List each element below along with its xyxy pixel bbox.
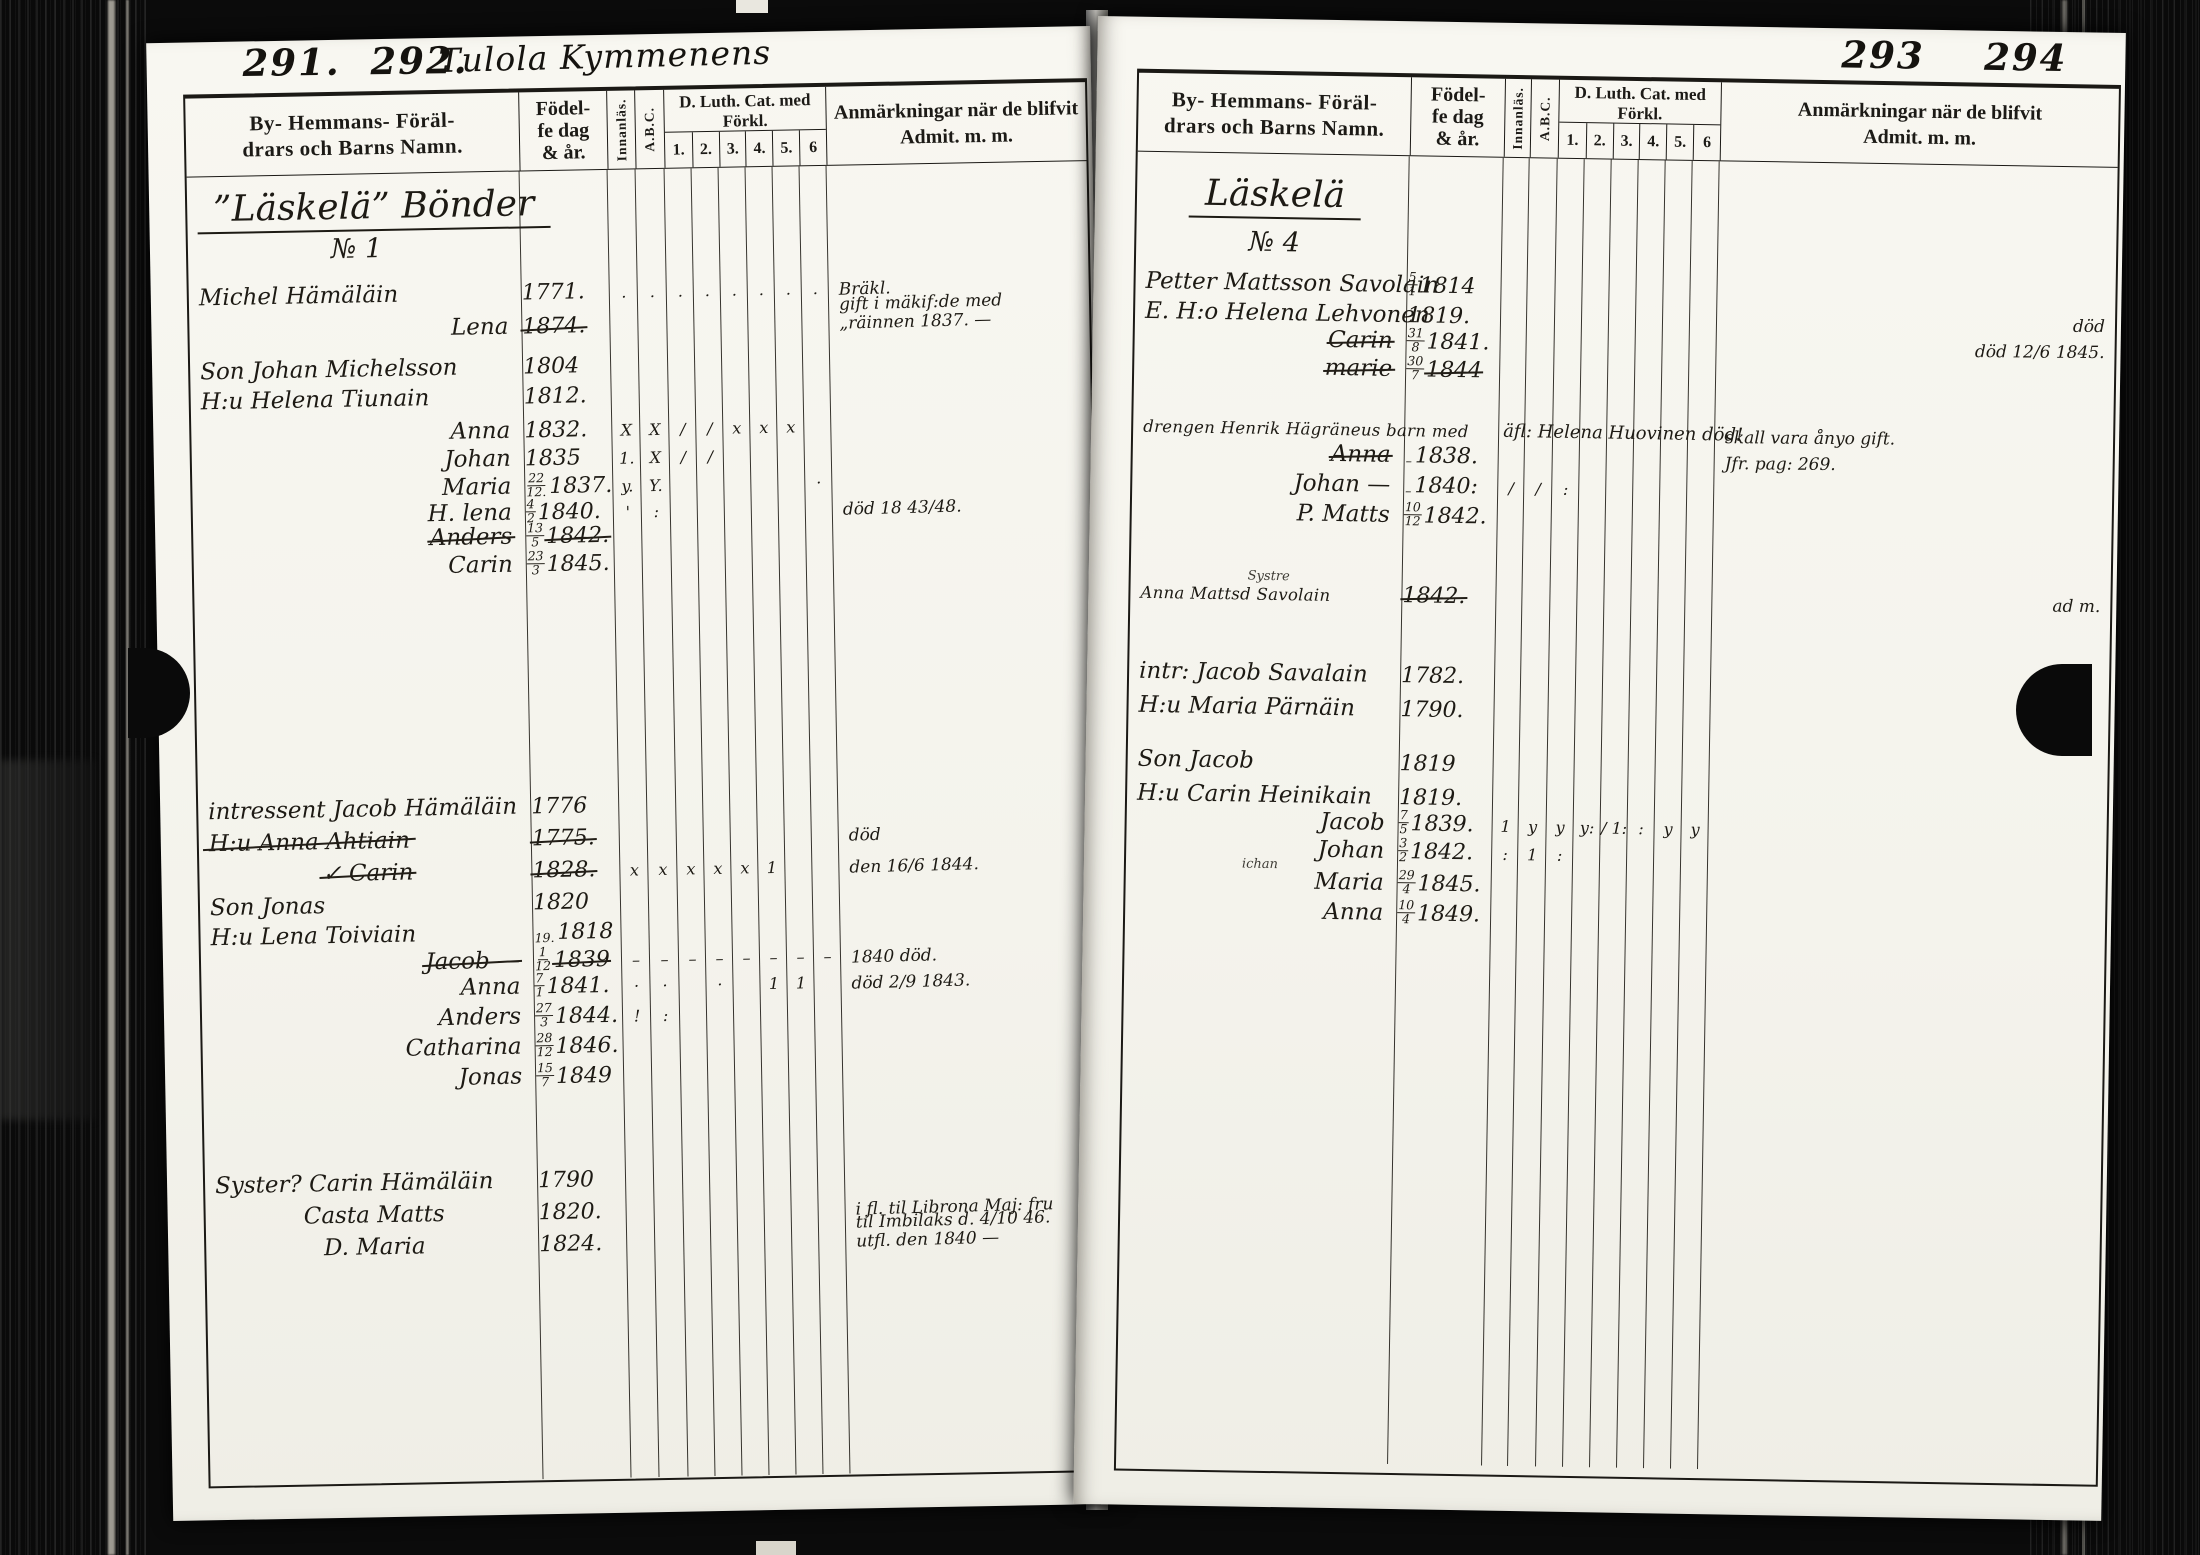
catechism-mark-cell	[1581, 383, 1608, 385]
catechism-col-1: 1.	[665, 132, 692, 167]
catechism-mark-cell: /	[697, 449, 724, 468]
catechism-mark-cell	[699, 572, 726, 574]
catechism-col-6: 6	[1693, 125, 1720, 160]
birthdate-cell: –1840:	[1404, 474, 1498, 500]
name-cell: Carin	[194, 552, 527, 583]
catechism-mark-cell: –	[814, 949, 841, 968]
catechism-mark-cell	[789, 1082, 816, 1084]
catechism-mark-cell	[1664, 262, 1691, 264]
catechism-mark-cell: x	[731, 860, 758, 879]
catechism-mark-cell	[726, 571, 753, 573]
birthdate-cell: 321842.	[1398, 837, 1492, 866]
name-cell: № 4	[1136, 226, 1408, 260]
birthdate-cell: 511814	[1407, 271, 1501, 300]
abc-mark-cell	[1528, 260, 1556, 262]
center-tab-top	[736, 0, 768, 13]
innanlas-mark-cell: .	[610, 285, 638, 304]
catechism-mark-cell	[1629, 724, 1656, 726]
catechism-mark-cell	[1656, 724, 1683, 726]
abc-mark-cell	[1526, 382, 1554, 384]
cross-column-note: äfl: Helena Huovinen död!	[1503, 423, 1743, 446]
birthdate-cell	[521, 259, 609, 262]
innanlas-mark-cell	[609, 257, 637, 260]
catechism-mark-cell: y:	[1573, 820, 1600, 839]
catechism-mark-cell: ·	[805, 475, 832, 494]
header-names-column: By- Hemmans- Föräl- drars och Barns Namn…	[1138, 73, 1411, 155]
innanlas-mark-cell: /	[1498, 481, 1524, 500]
birthdate-cell: 1820.	[538, 1200, 626, 1226]
header-innanlas-column: Innanläs.	[1504, 79, 1531, 157]
catechism-mark-cell: ·	[706, 977, 733, 996]
catechism-mark-cell: .	[802, 281, 829, 300]
center-tab-bottom	[756, 1541, 796, 1555]
innanlas-mark-cell	[627, 1253, 655, 1256]
catechism-mark-cell	[1606, 529, 1633, 531]
birthdate-cell	[1408, 259, 1502, 262]
catechism-mark-cell	[708, 1084, 735, 1086]
scan-smudge	[0, 760, 95, 1120]
table-body-right: Läskelä№ 4Petter Mattsson Savolain511814…	[1116, 152, 2118, 1476]
birthdate-cell: 1819.	[1399, 786, 1493, 812]
catechism-mark-cell	[672, 572, 699, 574]
innanlas-mark-cell: !	[623, 1008, 651, 1027]
birthdate-cell: 2941845.	[1397, 869, 1491, 898]
catechism-mark-cell: .	[694, 283, 721, 302]
catechism-mark-cell	[1685, 611, 1712, 613]
catechism-mark-cell	[1556, 261, 1583, 263]
catechism-mark-cell	[803, 332, 830, 334]
abc-mark-cell: :	[642, 504, 671, 523]
catechism-mark-cell: .	[721, 283, 748, 302]
birthdate-cell: 1842.	[1402, 584, 1496, 610]
catechism-mark-cell: y	[1546, 820, 1573, 839]
remarks-cell	[1714, 533, 2112, 540]
catechism-mark-cell	[1637, 262, 1664, 264]
catechism-mark-cell	[792, 1250, 819, 1252]
abc-mark-cell	[639, 335, 668, 338]
catechism-mark-cell	[1599, 927, 1626, 929]
birthdate-cell: 1835	[525, 446, 613, 472]
catechism-mark-cell	[816, 1082, 843, 1084]
catechism-mark-cell	[1631, 610, 1658, 612]
name-cell: ”Läskelä” Bönder	[187, 186, 521, 234]
remarks-cell	[828, 251, 1088, 256]
catechism-col-3: 3.	[719, 131, 746, 166]
catechism-mark-cell	[1575, 723, 1602, 725]
remarks-cell	[834, 567, 1094, 572]
remarks-cell	[843, 1079, 1103, 1084]
innanlas-mark-cell	[615, 573, 643, 576]
birthdate-cell: 1820	[533, 890, 621, 916]
catechism-mark-cell	[695, 334, 722, 336]
page-title-handwritten: Tulola Kymmenens	[438, 33, 772, 80]
catechism-mark-cell: / 1:	[1600, 821, 1627, 840]
birthdate-cell: 1782.	[1401, 664, 1495, 690]
birthdate-cell: 1819	[1399, 752, 1493, 778]
birthdate-cell: 711841.	[534, 971, 622, 1000]
abc-mark-cell	[1520, 722, 1548, 724]
catechism-mark-cell: –	[733, 950, 760, 969]
header-catechism-subcolumns: 1.2.3.4.5.6	[1559, 122, 1721, 161]
abc-mark-cell: ·	[650, 978, 679, 997]
innanlas-mark-cell	[1500, 382, 1526, 384]
catechism-col-5: 5.	[772, 130, 799, 165]
catechism-mark-cell	[1602, 723, 1629, 725]
name-cell: Anna	[1125, 896, 1397, 926]
birthdate-cell: 3181841.	[1406, 327, 1500, 356]
birthdate-cell: 1828.	[532, 858, 620, 884]
catechism-mark-cell	[807, 570, 834, 572]
catechism-col-5: 5.	[1666, 125, 1693, 160]
catechism-mark-cell: x	[723, 420, 750, 439]
catechism-mark-cell	[1552, 529, 1579, 531]
abc-mark-cell	[637, 257, 666, 260]
innanlas-mark-cell: ·	[622, 978, 650, 997]
header-birthdate-column: Födel- fe dag & år.	[518, 91, 607, 171]
header-birthdate-column: Födel- fe dag & år.	[1410, 77, 1505, 157]
name-cell: marie	[1134, 353, 1406, 383]
ledger-table-right: By- Hemmans- Föräl- drars och Barns Namn…	[1114, 69, 2121, 1487]
abc-mark-cell	[652, 1085, 681, 1088]
catechism-mark-cell: /	[670, 449, 697, 468]
catechism-mark-cell: x	[777, 420, 804, 439]
remarks-cell	[1716, 387, 2114, 394]
catechism-mark-cell	[693, 256, 720, 258]
birthdate-cell: 2731844.	[535, 1001, 623, 1030]
catechism-mark-cell	[722, 333, 749, 335]
innanlas-mark-cell	[611, 335, 639, 338]
catechism-mark-cell: y	[1654, 822, 1681, 841]
birthdate-cell: 1121839	[534, 945, 622, 974]
ledger-row: SystreAnna Mattsd Savolain1842.ad m.	[1130, 568, 2110, 620]
catechism-mark-cell	[1635, 384, 1662, 386]
catechism-mark-cell	[819, 1250, 846, 1252]
catechism-mark-cell	[1577, 609, 1604, 611]
catechism-col-2: 2.	[692, 132, 719, 167]
catechism-col-2: 2.	[1586, 123, 1613, 158]
birthdate-cell: 1804	[523, 354, 611, 380]
catechism-mark-cell: .	[667, 284, 694, 303]
catechism-mark-cell	[1583, 261, 1610, 263]
name-cell: Läskelä	[1137, 174, 1410, 220]
name-cell: H:u Maria Pärnäin	[1128, 692, 1400, 722]
abc-mark-cell	[643, 573, 672, 576]
birthdate-cell: 1571849	[536, 1061, 624, 1090]
abc-mark-cell: 1	[1518, 847, 1546, 866]
catechism-mark-cell	[681, 1084, 708, 1086]
catechism-mark-cell	[1689, 385, 1716, 387]
catechism-mark-cell	[1662, 384, 1689, 386]
remarks-cell: ad m.	[1712, 594, 2110, 620]
innanlas-mark-cell: :	[1492, 847, 1518, 866]
header-abc-column: A.B.C.	[634, 90, 664, 169]
page-numbers-left: 291. 292.	[242, 38, 469, 85]
catechism-mark-cell	[753, 571, 780, 573]
abc-mark-cell: .	[638, 284, 667, 303]
catechism-mark-cell: x	[677, 861, 704, 880]
name-cell: Lena	[189, 314, 522, 345]
catechism-mark-cell	[776, 332, 803, 334]
catechism-mark-cell	[747, 255, 774, 257]
page-edge-streak	[108, 0, 115, 1555]
catechism-mark-cell: /	[696, 421, 723, 440]
catechism-mark-cell	[1604, 609, 1631, 611]
catechism-mark-cell: 1	[760, 976, 787, 995]
name-cell: Michel Hämäläin	[189, 280, 522, 311]
catechism-mark-cell: 1	[758, 860, 785, 879]
catechism-mark-cell: x	[750, 420, 777, 439]
birthdate-cell: 1812.	[523, 384, 611, 410]
catechism-mark-cell	[1550, 609, 1577, 611]
catechism-mark-cell: .	[775, 282, 802, 301]
catechism-mark-cell	[720, 255, 747, 257]
catechism-mark-cell: –	[706, 951, 733, 970]
birthdate-cell: 1790.	[1400, 698, 1494, 724]
catechism-mark-cell	[1572, 927, 1599, 929]
catechism-mark-cell	[1548, 723, 1575, 725]
birthdate-cell: 1790	[538, 1168, 626, 1194]
birthdate-cell: 2331845.	[527, 549, 615, 578]
catechism-mark-cell	[738, 1251, 765, 1253]
catechism-mark-cell: .	[748, 282, 775, 301]
birthdate-cell: –1838.	[1405, 444, 1499, 470]
catechism-mark-cell: –	[787, 949, 814, 968]
catechism-mark-cell	[1610, 262, 1637, 264]
innanlas-mark-cell: X	[612, 423, 640, 442]
abc-mark-cell: x	[648, 862, 677, 881]
name-cell: P. Matts	[1132, 498, 1404, 528]
innanlas-mark-cell	[1502, 260, 1528, 262]
innanlas-mark-cell: y.	[613, 479, 641, 498]
birthdate-cell: 3071844	[1406, 355, 1500, 384]
catechism-mark-cell	[1680, 929, 1707, 931]
catechism-mark-cell: /	[669, 421, 696, 440]
page-right: 293 294 By- Hemmans- Föräl- drars och Ba…	[1073, 16, 2126, 1521]
catechism-mark-cell	[1687, 531, 1714, 533]
catechism-mark-cell: :	[1627, 821, 1654, 840]
catechism-mark-cell	[1683, 725, 1710, 727]
birthdate-cell: 1832.	[524, 418, 612, 444]
header-catechism-column: D. Luth. Cat. medFörkl. 1.2.3.4.5.6	[1558, 80, 1721, 161]
innanlas-mark-cell	[1491, 926, 1517, 928]
catechism-mark-cell	[684, 1252, 711, 1254]
catechism-mark-cell	[1658, 610, 1685, 612]
catechism-mark-cell	[749, 333, 776, 335]
abc-mark-cell	[1524, 528, 1552, 530]
catechism-mark-cell	[1626, 928, 1653, 930]
birthdate-cell: 1874.	[522, 314, 610, 340]
remarks-cell	[1718, 265, 2116, 272]
innanlas-mark-cell: 1.	[613, 451, 641, 470]
abc-mark-cell: –	[650, 952, 679, 971]
catechism-col-3: 3.	[1612, 124, 1639, 159]
header-remarks-column: Anmärkningar när de blifvit Admit. m. m.	[1720, 82, 2119, 167]
remarks-cell	[1707, 931, 2105, 938]
catechism-mark-cell: x	[704, 861, 731, 880]
birthdate-cell: 1771.	[522, 280, 610, 306]
table-body-left: ”Läskelä” Bönder№ 1Michel Hämäläin1771..…	[187, 161, 1111, 1485]
birthdate-cell: 10121842.	[1404, 501, 1498, 530]
remarks-cell: til Imbilaks d. 4/10 46.utfl. den 1840 —	[846, 1208, 1107, 1252]
birthdate-cell: 19.1818	[533, 920, 621, 946]
header-names-column: By- Hemmans- Föräl- drars och Barns Namn…	[185, 92, 519, 176]
header-innanlas-column: Innanläs.	[606, 90, 635, 169]
innanlas-mark-cell	[1498, 528, 1524, 530]
catechism-mark-cell: y	[1681, 822, 1708, 841]
page-numbers-right: 293 294	[1841, 32, 2068, 80]
name-cell: № 1	[188, 232, 521, 267]
innanlas-mark-cell	[1494, 722, 1520, 724]
innanlas-mark-cell: x	[620, 862, 648, 881]
remarks-cell: gift i mäkif:de med„räinnen 1837. —	[829, 290, 1090, 334]
innanlas-mark-cell: '	[614, 504, 642, 523]
catechism-mark-cell: –	[760, 950, 787, 969]
catechism-mark-cell: 1	[787, 975, 814, 994]
catechism-mark-cell: –	[679, 951, 706, 970]
abc-mark-cell: /	[1524, 481, 1552, 500]
innanlas-mark-cell	[1496, 608, 1522, 610]
catechism-mark-cell	[762, 1083, 789, 1085]
catechism-mark-cell: :	[1546, 848, 1573, 867]
abc-mark-cell: :	[651, 1008, 680, 1027]
catechism-mark-cell	[801, 254, 828, 256]
name-cell: Jonas	[203, 1064, 536, 1095]
birthdate-cell: 1775.	[532, 826, 620, 852]
catechism-mark-cell	[1545, 927, 1572, 929]
innanlas-mark-cell: –	[622, 952, 650, 971]
abc-mark-cell: y	[1518, 819, 1546, 838]
innanlas-mark-cell: 1	[1492, 819, 1518, 838]
catechism-mark-cell	[1579, 529, 1606, 531]
abc-mark-cell: X	[641, 450, 670, 469]
name-cell: ichanMaria	[1125, 856, 1398, 896]
abc-mark-cell	[1522, 608, 1550, 610]
abc-mark-cell: Y.	[641, 478, 670, 497]
catechism-mark-cell	[1691, 263, 1718, 265]
header-catechism-column: D. Luth. Cat. medFörkl. 1.2.3.4.5.6	[663, 87, 826, 168]
name-cell: SystreAnna Mattsd Savolain	[1130, 568, 1403, 608]
catechism-col-4: 4.	[1639, 124, 1666, 159]
birthdate-cell: 1041849.	[1397, 899, 1491, 928]
name-cell: D. Maria	[206, 1232, 539, 1263]
header-catechism-subcolumns: 1.2.3.4.5.6	[665, 129, 827, 168]
page-edge-streak	[126, 0, 129, 1555]
innanlas-mark-cell	[624, 1085, 652, 1088]
page-left: 291. 292. Tulola Kymmenens By- Hemmans- …	[146, 26, 1117, 1521]
catechism-mark-cell	[1660, 530, 1687, 532]
birthdate-cell: 1824.	[539, 1232, 627, 1258]
abc-mark-cell: X	[640, 422, 669, 441]
catechism-mark-cell	[1608, 384, 1635, 386]
catechism-mark-cell	[666, 256, 693, 258]
catechism-mark-cell	[780, 570, 807, 572]
catechism-mark-cell: :	[1552, 482, 1579, 501]
birthdate-cell: 28121846.	[535, 1031, 623, 1060]
birthdate-cell: 2212.1837.	[525, 471, 613, 500]
abc-mark-cell	[1517, 926, 1545, 928]
catechism-col-4: 4.	[745, 131, 772, 166]
birthdate-cell: 1351842.	[526, 521, 614, 550]
abc-mark-cell	[655, 1253, 684, 1256]
catechism-mark-cell	[1633, 530, 1660, 532]
header-remarks-column: Anmärkningar när de blifvit Admit. m. m.	[825, 82, 1086, 165]
catechism-mark-cell	[1554, 383, 1581, 385]
header-abc-column: A.B.C.	[1530, 79, 1559, 157]
scanned-parish-register-spread: 291. 292. Tulola Kymmenens By- Hemmans- …	[0, 0, 2200, 1555]
ledger-table-left: By- Hemmans- Föräl- drars och Barns Namn…	[183, 78, 1112, 1488]
birthdate-cell: 1776	[531, 794, 619, 820]
catechism-col-6: 6	[799, 130, 826, 165]
catechism-mark-cell	[668, 334, 695, 336]
catechism-col-1: 1.	[1559, 123, 1586, 158]
catechism-mark-cell	[765, 1251, 792, 1253]
catechism-mark-cell	[774, 254, 801, 256]
catechism-mark-cell	[735, 1083, 762, 1085]
catechism-mark-cell	[711, 1252, 738, 1254]
birthdate-cell: 751839.	[1398, 809, 1492, 838]
catechism-mark-cell	[1653, 928, 1680, 930]
